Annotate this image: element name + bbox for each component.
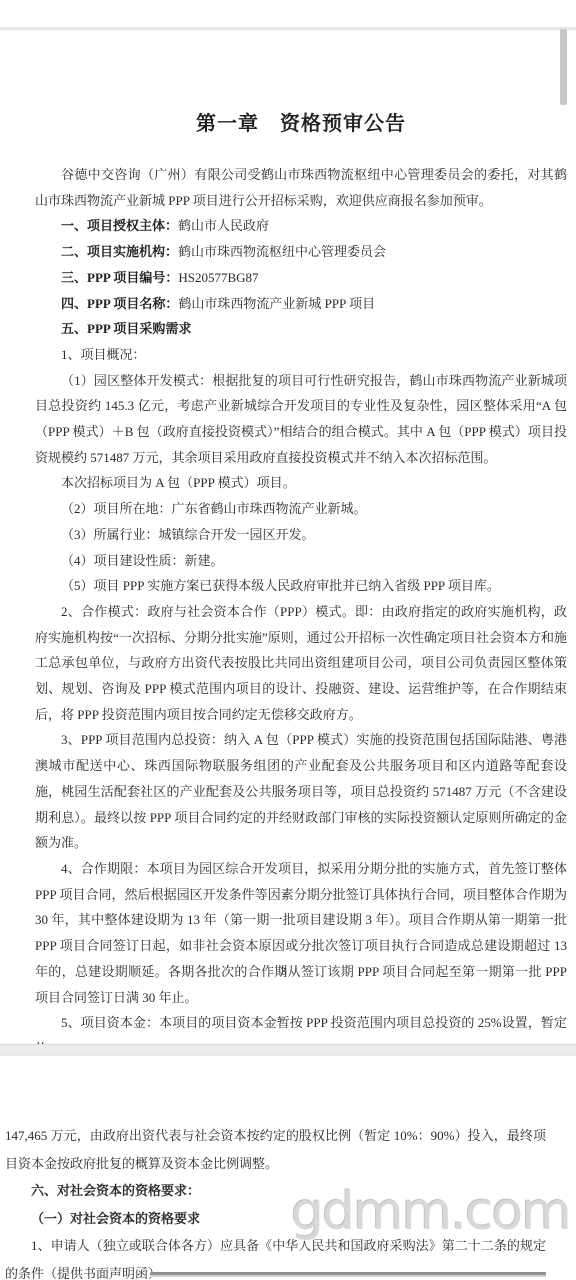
paragraph-total-investment: 3、PPP 项目范围内总投资：纳入 A 包（PPP 模式）实施的投资范围包括国际… [35, 727, 567, 856]
subheading-qualification-requirements: （一）对社会资本的资格要求 [5, 1205, 546, 1233]
item-value: HS20577BG87 [178, 270, 258, 285]
page-number: 3 [0, 964, 567, 979]
list-item-ppp-project-number: 三、PPP 项目编号：HS20577BG87 [35, 265, 567, 291]
item-value: 鹤山市珠西物流产业新城 PPP 项目 [178, 296, 375, 311]
item-label: 一、项目授权主体： [61, 218, 178, 233]
item-value: 鹤山市人民政府 [178, 218, 269, 233]
paragraph-development-mode: （1）园区整体开发模式：根据批复的项目可行性研究报告，鹤山市珠西物流产业新城项目… [35, 368, 567, 471]
paragraph-ppp-plan-approval: （5）项目 PPP 实施方案已获得本级人民政府审批并已纳入省级 PPP 项目库。 [35, 573, 567, 599]
list-item-ppp-project-name: 四、PPP 项目名称：鹤山市珠西物流产业新城 PPP 项目 [35, 291, 567, 317]
paragraph-capital-continuation: 147,465 万元，由政府出资代表与社会资本按约定的股权比例（暂定 10%：9… [5, 1122, 546, 1177]
page-break-divider [0, 1044, 576, 1056]
list-item-project-authority: 一、项目授权主体：鹤山市人民政府 [35, 213, 567, 239]
paragraph-industry: （3）所属行业：城镇综合开发一园区开发。 [35, 522, 567, 548]
paragraph-project-overview: 1、项目概况： [35, 342, 567, 368]
document-page-1: 第一章 资格预审公告 谷德中交咨询（广州）有限公司受鹤山市珠西物流枢纽中心管理委… [35, 110, 567, 1062]
bottom-horizontal-rule [150, 1272, 546, 1275]
chapter-title: 第一章 资格预审公告 [35, 110, 567, 138]
page-top-edge-divider [0, 27, 576, 31]
paragraph-cooperation-period: 4、合作期限：本项目为园区综合开发项目，拟采用分期分批的实施方式，首先签订整体 … [35, 856, 567, 1010]
list-item-implementing-agency: 二、项目实施机构：鹤山市珠西物流枢纽中心管理委员会 [35, 239, 567, 265]
paragraph-cooperation-mode: 2、合作模式：政府与社会资本合作（PPP）模式。即：由政府指定的政府实施机构，政… [35, 599, 567, 728]
paragraph-construction-nature: （4）项目建设性质：新建。 [35, 548, 567, 574]
item-label: 三、PPP 项目编号： [61, 270, 178, 285]
intro-paragraph: 谷德中交咨询（广州）有限公司受鹤山市珠西物流枢纽中心管理委员会的委托，对其鹤山市… [35, 162, 567, 213]
scrollbar-thumb[interactable] [560, 29, 567, 105]
item-label: 二、项目实施机构： [61, 244, 178, 259]
paragraph-bid-scope: 本次招标项目为 A 包（PPP 模式）项目。 [35, 470, 567, 496]
paragraph-project-location: （2）项目所在地：广东省鹤山市珠西物流产业新城。 [35, 496, 567, 522]
list-item-ppp-procurement-requirements: 五、PPP 项目采购需求 [35, 316, 567, 342]
document-page-2: 147,465 万元，由政府出资代表与社会资本按约定的股权比例（暂定 10%：9… [5, 1122, 546, 1280]
item-label: 五、PPP 项目采购需求 [61, 321, 191, 336]
item-label: 四、PPP 项目名称： [61, 296, 178, 311]
heading-qualification-requirements: 六、对社会资本的资格要求： [5, 1177, 546, 1205]
item-value: 鹤山市珠西物流枢纽中心管理委员会 [178, 244, 386, 259]
